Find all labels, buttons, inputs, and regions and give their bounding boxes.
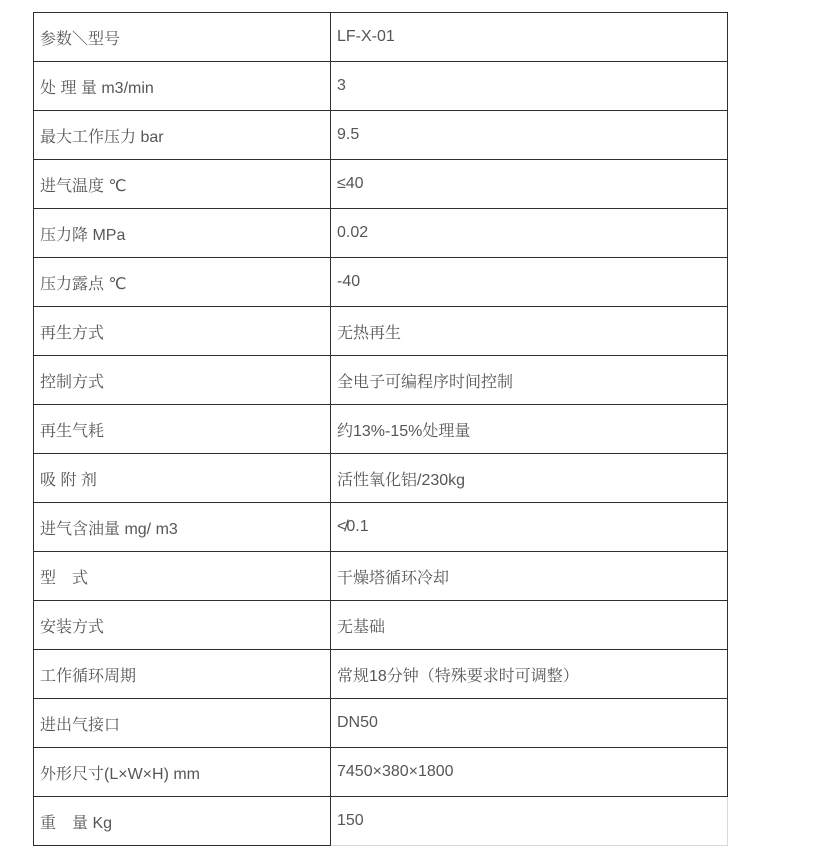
value-cell: 3	[331, 62, 728, 111]
param-cell: 外形尺寸(L×W×H) mm	[34, 748, 331, 797]
param-cell: 型 式	[34, 552, 331, 601]
table-row: 进气温度 ℃ ≤40	[34, 160, 728, 209]
value-cell: 无热再生	[331, 307, 728, 356]
param-cell: 参数＼型号	[34, 13, 331, 62]
table-row: 最大工作压力 bar 9.5	[34, 111, 728, 160]
value-cell: LF-X-01	[331, 13, 728, 62]
param-cell: 控制方式	[34, 356, 331, 405]
page: 参数＼型号 LF-X-01 处 理 量 m3/min 3 最大工作压力 bar …	[0, 0, 829, 865]
param-cell: 吸 附 剂	[34, 454, 331, 503]
value-cell: -40	[331, 258, 728, 307]
table-row: 进气含油量 mg/ m3 ≮0.1	[34, 503, 728, 552]
param-cell: 处 理 量 m3/min	[34, 62, 331, 111]
param-cell: 进气含油量 mg/ m3	[34, 503, 331, 552]
param-cell: 进气温度 ℃	[34, 160, 331, 209]
table-row: 重 量 Kg 150	[34, 797, 728, 846]
table-row: 压力降 MPa 0.02	[34, 209, 728, 258]
table-row: 压力露点 ℃ -40	[34, 258, 728, 307]
value-cell: 干燥塔循环冷却	[331, 552, 728, 601]
value-cell: DN50	[331, 699, 728, 748]
value-cell: ≤40	[331, 160, 728, 209]
value-cell: 常规18分钟（特殊要求时可调整）	[331, 650, 728, 699]
value-cell: 约13%-15%处理量	[331, 405, 728, 454]
table-row: 工作循环周期 常规18分钟（特殊要求时可调整）	[34, 650, 728, 699]
table-row: 再生方式 无热再生	[34, 307, 728, 356]
param-cell: 压力露点 ℃	[34, 258, 331, 307]
param-cell: 进出气接口	[34, 699, 331, 748]
param-cell: 工作循环周期	[34, 650, 331, 699]
value-cell: 全电子可编程序时间控制	[331, 356, 728, 405]
table-row: 控制方式 全电子可编程序时间控制	[34, 356, 728, 405]
table-row: 进出气接口 DN50	[34, 699, 728, 748]
value-cell: 9.5	[331, 111, 728, 160]
value-cell: 无基础	[331, 601, 728, 650]
table-row: 型 式 干燥塔循环冷却	[34, 552, 728, 601]
table-row: 安装方式 无基础	[34, 601, 728, 650]
table-row: 外形尺寸(L×W×H) mm 7450×380×1800	[34, 748, 728, 797]
table-row: 吸 附 剂 活性氧化铝/230kg	[34, 454, 728, 503]
param-cell: 最大工作压力 bar	[34, 111, 331, 160]
param-cell: 再生气耗	[34, 405, 331, 454]
value-cell: 0.02	[331, 209, 728, 258]
spec-table-body: 参数＼型号 LF-X-01 处 理 量 m3/min 3 最大工作压力 bar …	[34, 13, 728, 846]
param-cell: 安装方式	[34, 601, 331, 650]
value-cell: 活性氧化铝/230kg	[331, 454, 728, 503]
value-cell: ≮0.1	[331, 503, 728, 552]
value-cell: 7450×380×1800	[331, 748, 728, 797]
spec-table: 参数＼型号 LF-X-01 处 理 量 m3/min 3 最大工作压力 bar …	[33, 12, 728, 846]
param-cell: 再生方式	[34, 307, 331, 356]
value-cell: 150	[331, 797, 728, 846]
param-cell: 重 量 Kg	[34, 797, 331, 846]
table-row: 再生气耗 约13%-15%处理量	[34, 405, 728, 454]
table-row: 参数＼型号 LF-X-01	[34, 13, 728, 62]
param-cell: 压力降 MPa	[34, 209, 331, 258]
table-row: 处 理 量 m3/min 3	[34, 62, 728, 111]
